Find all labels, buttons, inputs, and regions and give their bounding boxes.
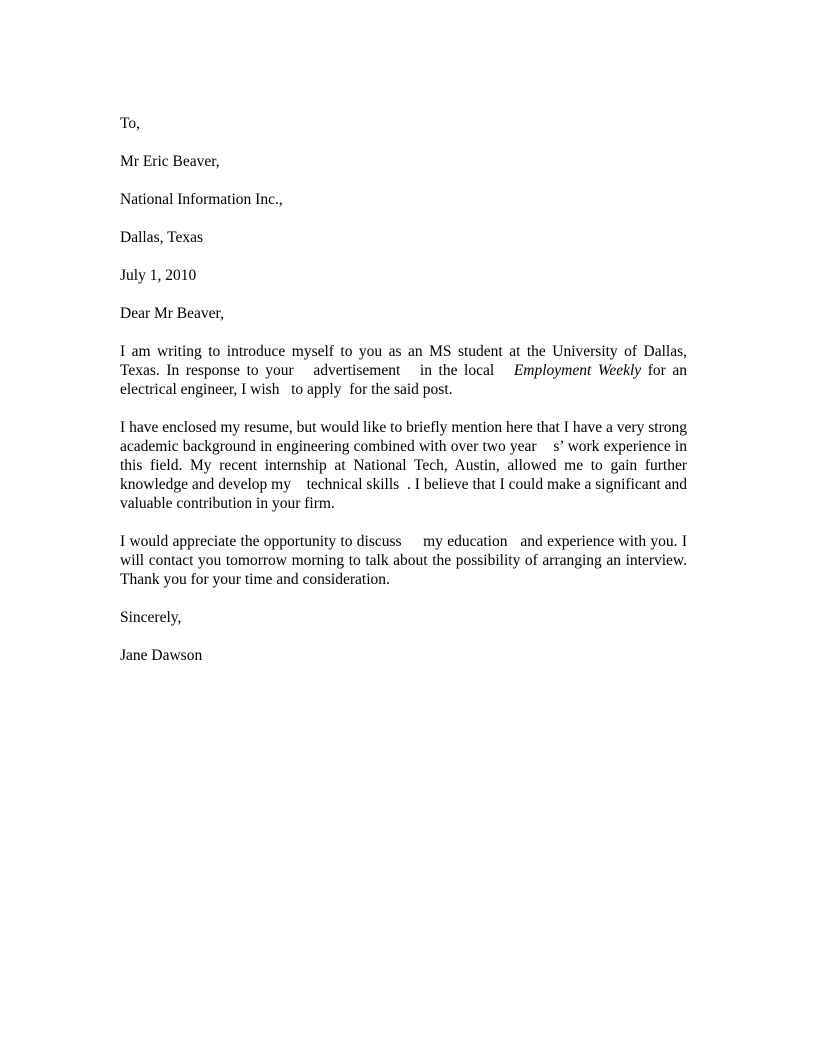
recipient-company: National Information Inc., [120,190,687,209]
letter-document: To, Mr Eric Beaver, National Information… [0,0,816,1056]
closing: Sincerely, [120,608,687,627]
body-paragraph-1: I am writing to introduce myself to you … [120,342,687,399]
paragraph-1-publication-name: Employment Weekly [514,362,641,379]
body-paragraph-2: I have enclosed my resume, but would lik… [120,418,687,513]
letter-date: July 1, 2010 [120,266,687,285]
recipient-to-line: To, [120,114,687,133]
body-paragraph-3: I would appreciate the opportunity to di… [120,532,687,589]
recipient-location: Dallas, Texas [120,228,687,247]
salutation: Dear Mr Beaver, [120,304,687,323]
signature-name: Jane Dawson [120,646,687,665]
recipient-name: Mr Eric Beaver, [120,152,687,171]
